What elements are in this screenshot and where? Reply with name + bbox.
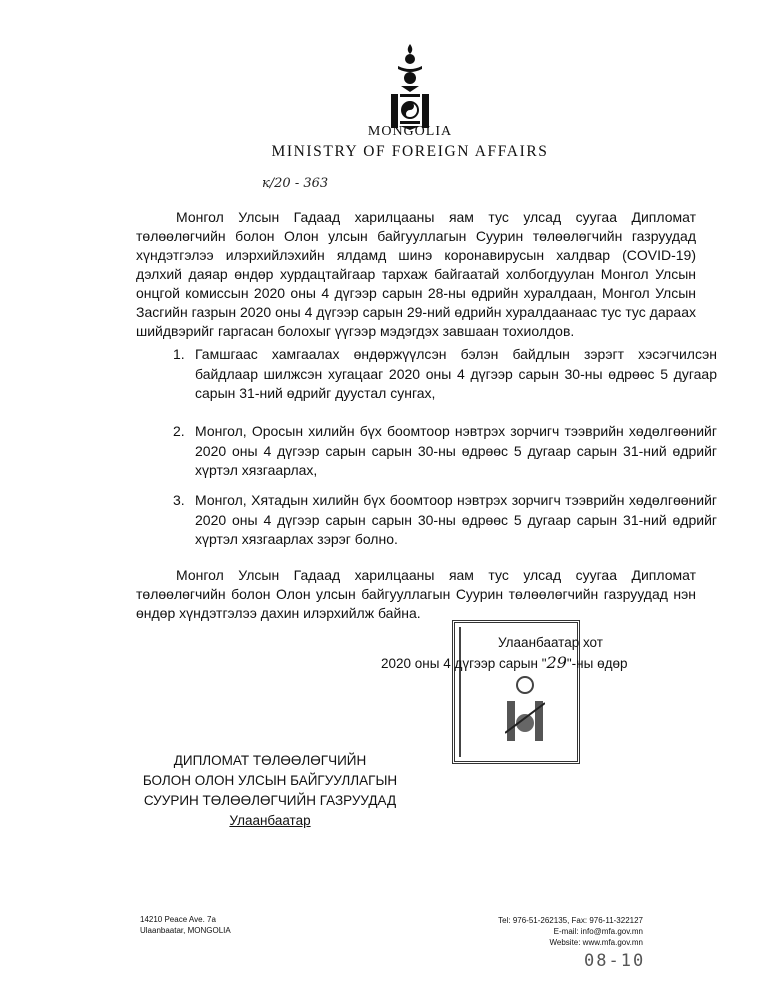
footer-contacts: Tel: 976-51-262135, Fax: 976-11-322127 E… (498, 915, 643, 948)
address-line: 14210 Peace Ave. 7a (140, 914, 231, 925)
signing-date: 2020 оны 4 дүгээр сарын "29"-ны өдөр (381, 653, 627, 672)
reference-number: к/20 - 363 (262, 176, 328, 191)
country-heading: MONGOLIA (0, 124, 768, 140)
contact-website: Website: www.mfa.gov.mn (498, 937, 643, 948)
closing-paragraph: Монгол Улсын Гадаад харилцааны яам тус у… (136, 566, 696, 623)
addressee-line: ДИПЛОМАТ ТӨЛӨӨЛӨГЧИЙН (130, 751, 410, 771)
date-day: 29 (547, 653, 567, 672)
footer-address: 14210 Peace Ave. 7a Ulaanbaatar, MONGOLI… (140, 914, 231, 936)
soyombo-emblem-icon (385, 42, 435, 132)
ministry-heading: MINISTRY OF FOREIGN AFFAIRS (0, 143, 768, 161)
addressee-line: СУУРИН ТӨЛӨӨЛӨГЧИЙН ГАЗРУУДАД (130, 791, 410, 811)
seal-emblem-icon (505, 673, 545, 748)
contact-phone: Tel: 976-51-262135, Fax: 976-11-322127 (498, 915, 643, 926)
addressee-city: Улаанбаатар (130, 811, 410, 831)
address-line: Ulaanbaatar, MONGOLIA (140, 925, 231, 936)
closing-text: Монгол Улсын Гадаад харилцааны яам тус у… (136, 567, 696, 621)
addressee-line: БОЛОН ОЛОН УЛСЫН БАЙГУУЛЛАГЫН (130, 771, 410, 791)
list-number: 3. (173, 491, 185, 511)
addressee-block: ДИПЛОМАТ ТӨЛӨӨЛӨГЧИЙН БОЛОН ОЛОН УЛСЫН Б… (130, 751, 410, 831)
list-number: 2. (173, 422, 185, 442)
document-code: 08-10 (584, 951, 645, 971)
list-item: 3. Монгол, Хятадын хилийн бүх боомтоор н… (173, 491, 717, 550)
intro-text: Монгол Улсын Гадаад харилцааны яам тус у… (136, 209, 696, 339)
list-item: 2. Монгол, Оросын хилийн бүх боомтоор нэ… (173, 422, 717, 481)
list-text: Гамшгаас хамгаалах өндөржүүлсэн бэлэн ба… (195, 346, 717, 401)
list-text: Монгол, Хятадын хилийн бүх боомтоор нэвт… (195, 492, 717, 547)
signing-city: Улаанбаатар хот (498, 635, 603, 650)
intro-paragraph: Монгол Улсын Гадаад харилцааны яам тус у… (136, 208, 696, 341)
list-text: Монгол, Оросын хилийн бүх боомтоор нэвтр… (195, 423, 717, 478)
date-prefix: 2020 оны 4 дүгээр сарын " (381, 656, 547, 671)
list-item: 1. Гамшгаас хамгаалах өндөржүүлсэн бэлэн… (173, 345, 717, 404)
list-number: 1. (173, 345, 185, 365)
date-suffix: "-ны өдөр (567, 656, 628, 671)
contact-email: E-mail: info@mfa.gov.mn (498, 926, 643, 937)
